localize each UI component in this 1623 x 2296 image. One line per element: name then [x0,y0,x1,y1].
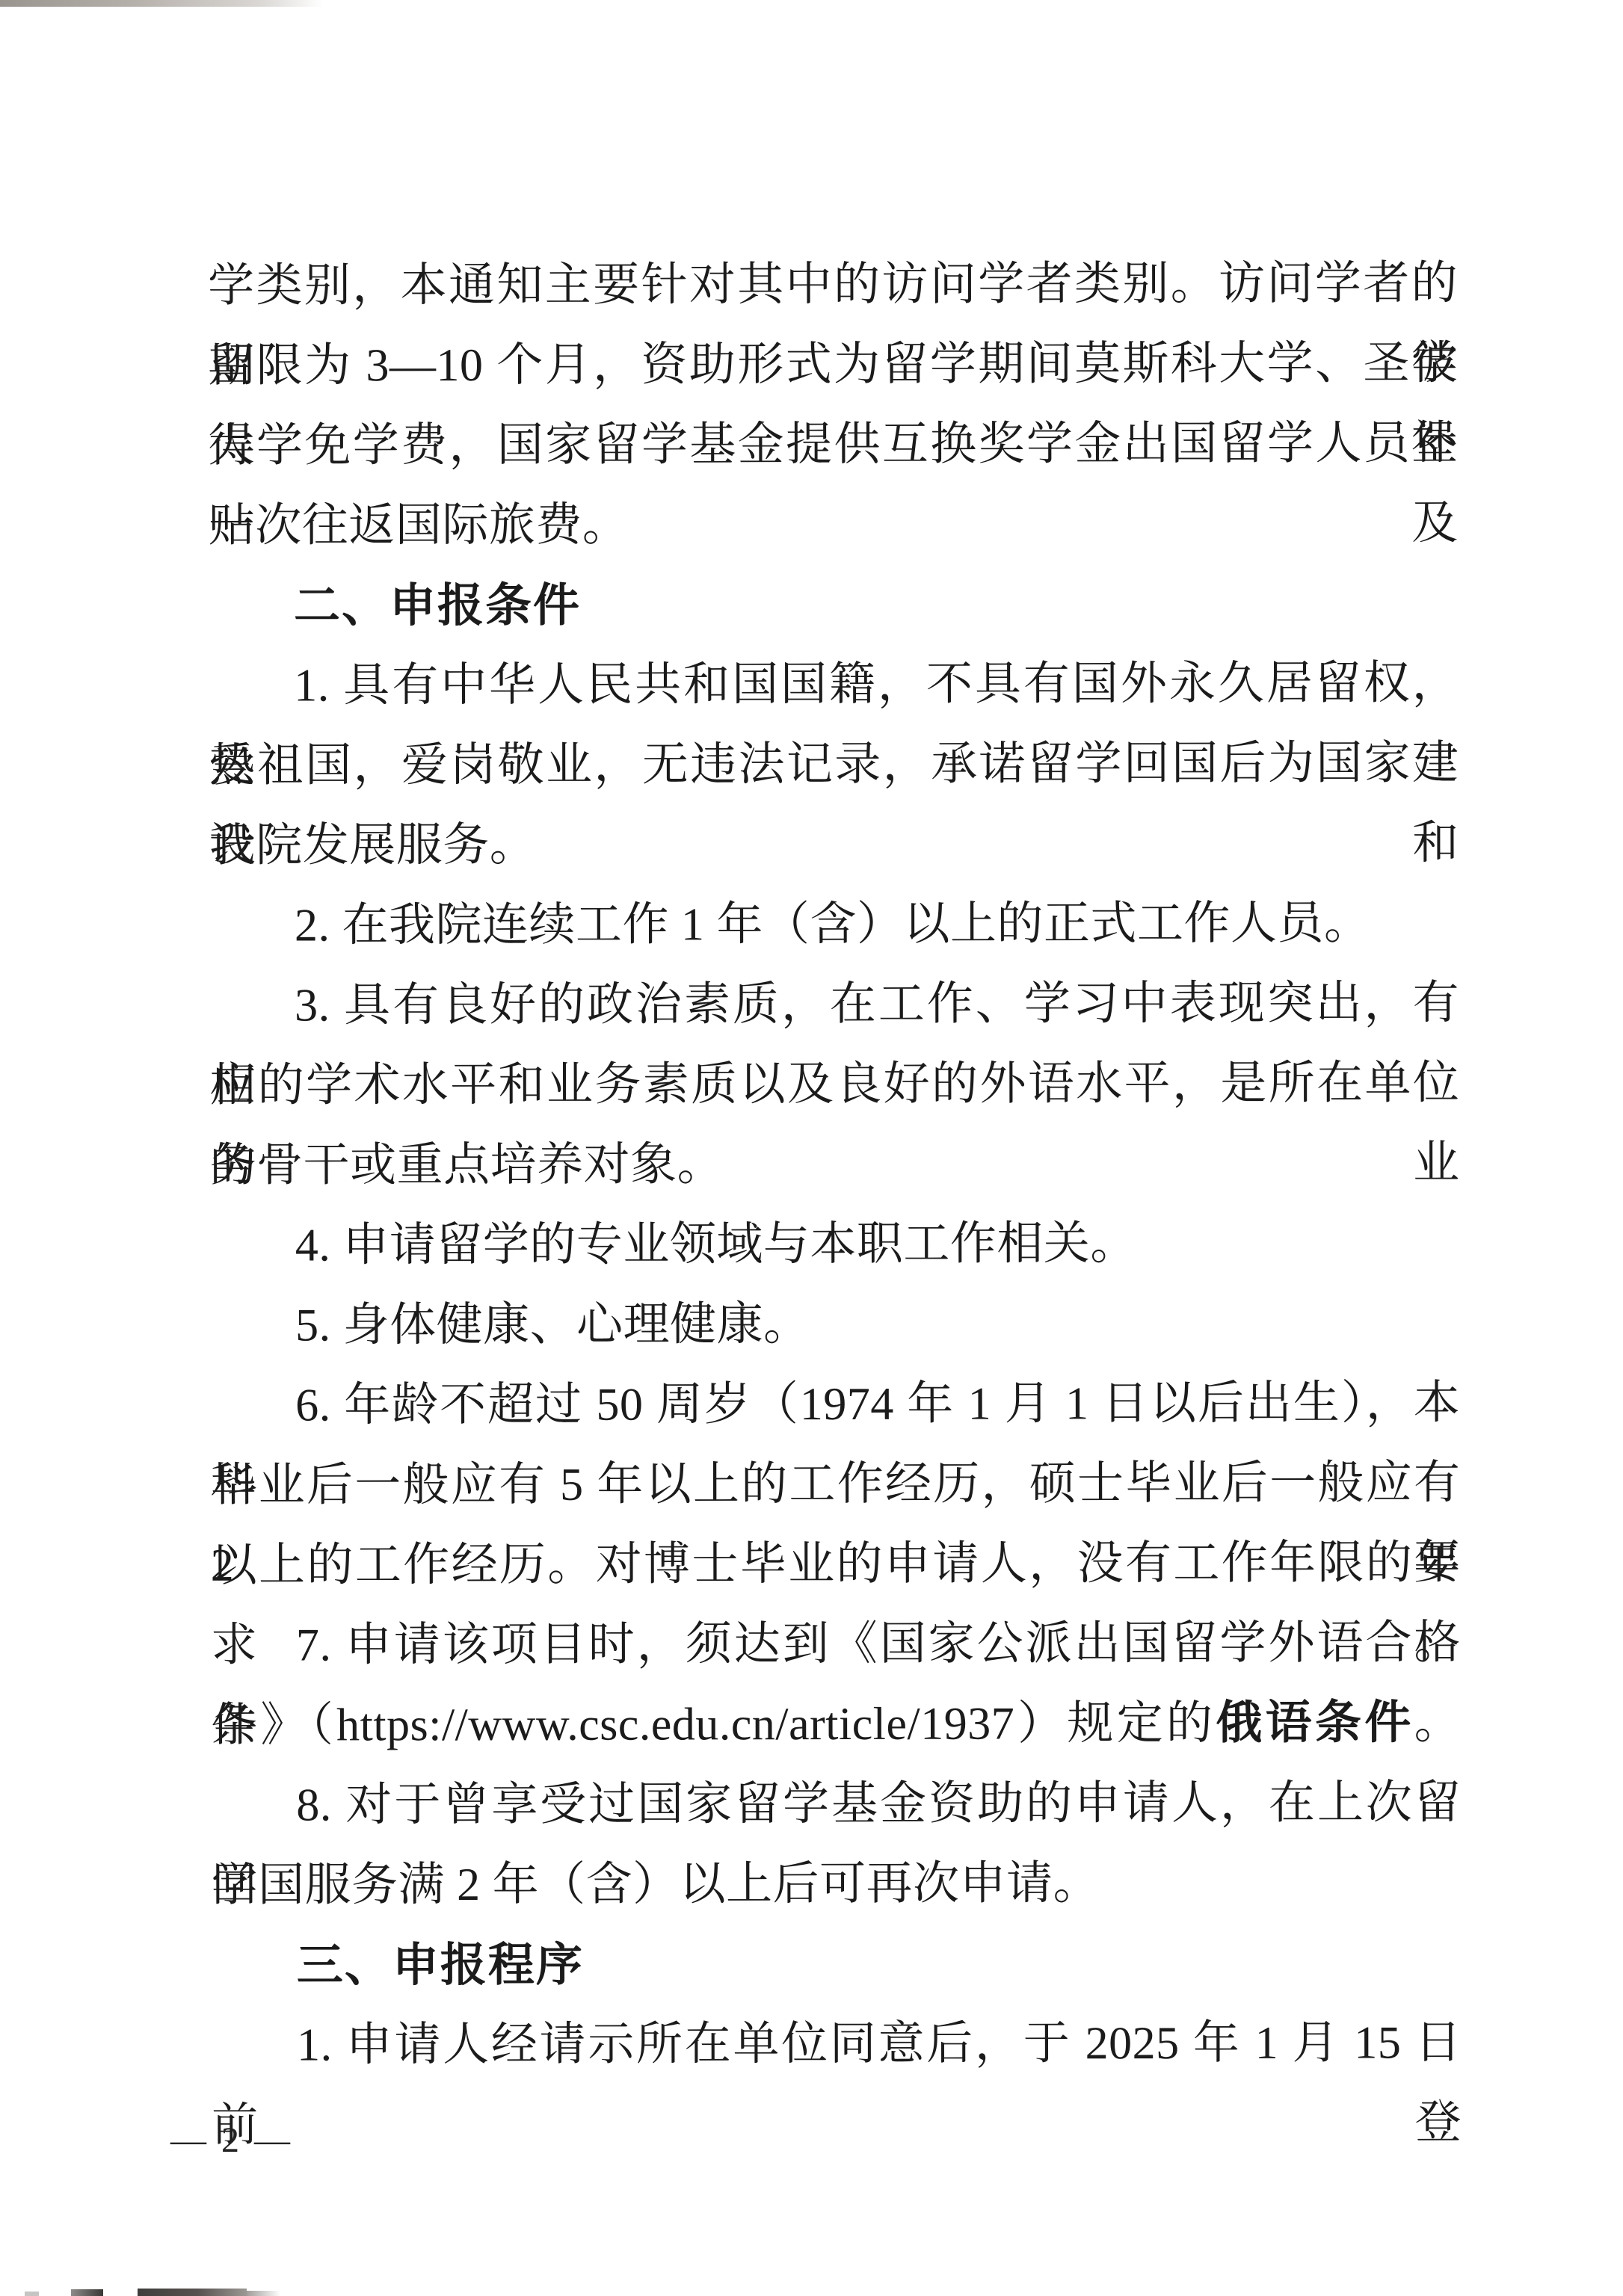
text-line: 期限为 3—10 个月，资助形式为留学期间莫斯科大学、圣彼得堡 [208,324,1458,407]
text-line: 学类别，本通知主要针对其中的访问学者类别。访问学者的留学 [208,244,1458,327]
text-line: 以上的工作经历。对博士毕业的申请人，没有工作年限的要求。 [211,1523,1461,1606]
scan-artifact-bottom-edge [138,2289,247,2296]
section-heading: 二、申报条件 [209,564,1459,646]
text-line: 回国服务满 2 年（含）以上后可再次申请。 [211,1843,1461,1926]
text-line: 爱祖国，爱岗敬业，无违法记录，承诺留学回国后为国家建设和 [209,723,1459,806]
text-line: 8. 对于曾享受过国家留学基金资助的申请人，在上次留学 [211,1763,1461,1846]
text-line: 1. 具有中华人民共和国国籍，不具有国外永久居留权，热 [209,644,1459,726]
text-line: 应的学术水平和业务素质以及良好的外语水平，是所在单位的业 [209,1043,1459,1126]
emphasized-text: 俄语条件 [1216,1697,1414,1749]
text-line: 4. 申请留学的专业领域与本职工作相关。 [210,1203,1460,1286]
scan-artifact-bottom-edge [25,2292,39,2296]
text-line: 3. 具有良好的政治素质，在工作、学习中表现突出，有相 [209,963,1459,1046]
text-line: 毕业后一般应有 5 年以上的工作经历，硕士毕业后一般应有 2 年 [210,1443,1460,1526]
scanned-document-page: 学类别，本通知主要针对其中的访问学者类别。访问学者的留学期限为 3—10 个月，… [0,0,1623,2296]
text-line: 件》（https://www.csc.edu.cn/article/1937）规… [211,1683,1461,1766]
scan-artifact-bottom-edge [71,2289,103,2296]
page-number: — 2 — [170,2118,293,2163]
scan-artifact-top-edge [0,0,323,7]
scan-artifact-bottom-edge [247,2291,280,2296]
text-line: 1. 申请人经请示所在单位同意后，于 2025 年 1 月 15 日前登 [212,2003,1462,2086]
section-heading: 三、申报程序 [212,1923,1462,2006]
text-line: 5. 身体健康、心理健康。 [210,1283,1460,1366]
document-body: 学类别，本通知主要针对其中的访问学者类别。访问学者的留学期限为 3—10 个月，… [208,244,1462,2085]
text-line: 6. 年龄不超过 50 周岁（1974 年 1 月 1 日以后出生），本科 [210,1363,1460,1446]
text-line: 7. 申请该项目时，须达到《国家公派出国留学外语合格条 [211,1603,1461,1686]
text-line: 大学免学费，国家留学基金提供互换奖学金出国留学人员补贴及 [208,404,1458,487]
text-line: 2. 在我院连续工作 1 年（含）以上的正式工作人员。 [209,883,1459,966]
